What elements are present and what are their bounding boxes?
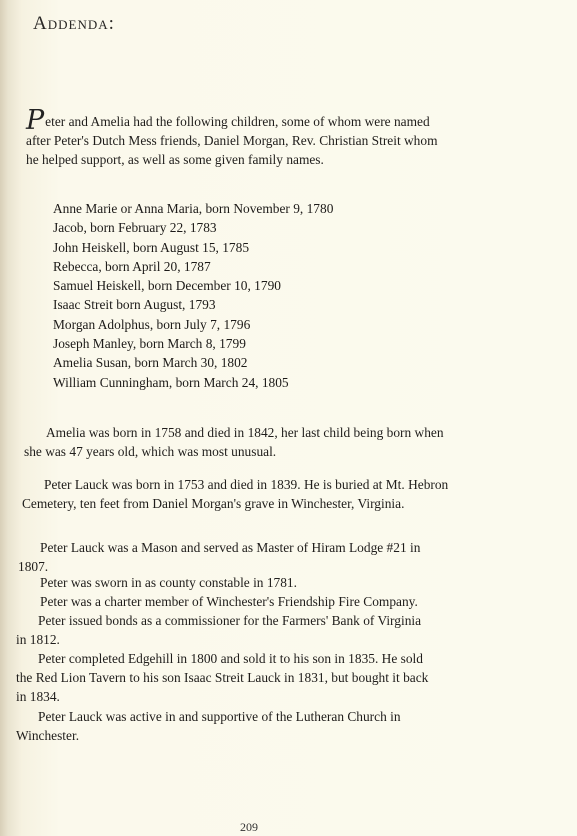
page-title: Addenda: [33,13,115,35]
list-item: Amelia Susan, born March 30, 1802 [53,353,333,372]
list-item: Isaac Streit born August, 1793 [53,295,333,314]
page-number: 209 [240,820,258,835]
paragraph-constable: Peter was sworn in as county constable i… [18,573,297,592]
paragraph-amelia: Amelia was born in 1758 and died in 1842… [24,423,444,461]
intro-line-3: he helped support, as well as some given… [26,150,438,169]
list-item: Anne Marie or Anna Maria, born November … [53,199,333,218]
book-page: Addenda: Peter and Amelia had the follow… [0,0,577,836]
intro-paragraph: Peter and Amelia had the following child… [26,111,438,169]
list-item: John Heiskell, born August 15, 1785 [53,238,333,257]
list-item: Morgan Adolphus, born July 7, 1796 [53,315,333,334]
paragraph-fire-company: Peter was a charter member of Winchester… [18,592,418,611]
paragraph-edgehill: Peter completed Edgehill in 1800 and sol… [16,649,428,706]
paragraph-peter-lauck: Peter Lauck was born in 1753 and died in… [22,475,448,513]
children-list: Anne Marie or Anna Maria, born November … [53,199,333,392]
list-item: William Cunningham, born March 24, 1805 [53,373,333,392]
paragraph-lutheran: Peter Lauck was active in and supportive… [16,707,401,745]
list-item: Samuel Heiskell, born December 10, 1790 [53,276,333,295]
intro-line-2: after Peter's Dutch Mess friends, Daniel… [26,131,438,150]
list-item: Rebecca, born April 20, 1787 [53,257,333,276]
paragraph-bonds: Peter issued bonds as a commissioner for… [16,611,421,649]
paragraph-mason: Peter Lauck was a Mason and served as Ma… [18,538,420,576]
list-item: Jacob, born February 22, 1783 [53,218,333,237]
list-item: Joseph Manley, born March 8, 1799 [53,334,333,353]
intro-line-1: Peter and Amelia had the following child… [26,111,438,131]
